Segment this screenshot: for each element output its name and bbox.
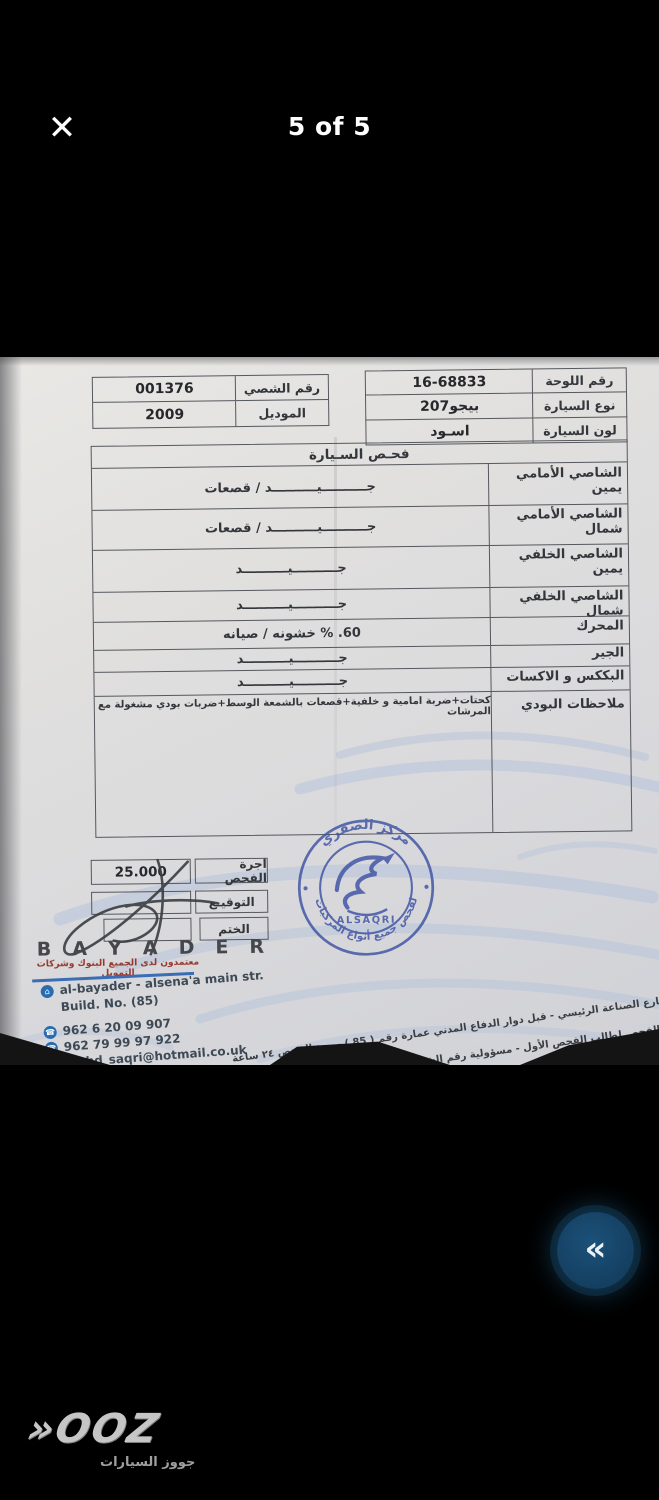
double-chevron-left-icon: « bbox=[585, 1232, 607, 1266]
row-label: الجير bbox=[492, 645, 629, 662]
phone-icon: ☎ bbox=[43, 1025, 57, 1039]
row-label: ملاحظات البودي bbox=[493, 696, 630, 713]
row-label: الشاصي الأمامي يمين bbox=[490, 465, 627, 497]
row-value: جــــــــــيــــــــــد / قصعات bbox=[92, 506, 488, 550]
inspection-table: فحـص السـيارة الشاصي الأمامي يمين جـــــ… bbox=[91, 439, 633, 838]
row-label: البككس و الاكسات bbox=[492, 668, 629, 685]
bayader-brand: B A Y A D E R bbox=[37, 936, 272, 961]
vehicle-table-right: 16-68833 رقم اللوحة بيجو207 نوع السيارة … bbox=[365, 367, 628, 445]
row-value: 60. % خشونه / صيانه bbox=[94, 618, 490, 650]
car-type-label: نوع السيارة bbox=[532, 392, 626, 417]
chassis-value: 001376 bbox=[93, 376, 236, 402]
model-label: الموديل bbox=[235, 400, 328, 426]
table-row: 2009 الموديل bbox=[92, 400, 329, 429]
location-icon: ⌂ bbox=[40, 984, 54, 998]
plate-value: 16-68833 bbox=[366, 369, 533, 394]
table-row: الشاصي الأمامي يمين جــــــــــيــــــــ… bbox=[92, 463, 627, 511]
chassis-label: رقم الشصي bbox=[235, 375, 328, 400]
row-value: جــــــــــيــــــــــد bbox=[94, 668, 490, 696]
car-type-value: بيجو207 bbox=[366, 393, 533, 419]
photo-top-shadow bbox=[0, 357, 659, 366]
contact-building: Build. No. (85) bbox=[60, 993, 159, 1014]
zooz-logo-text: »OOZ bbox=[23, 1406, 164, 1452]
svg-text:مركز الصقري: مركز الصقري bbox=[316, 816, 415, 850]
image-viewer-screen: ✕ 5 of 5 16-68833 رقم اللوحة ب bbox=[0, 0, 659, 1500]
contact-text: Build. No. (85) bbox=[60, 993, 159, 1014]
row-value: جــــــــــيــــــــــد / قصعات bbox=[92, 465, 488, 510]
stamp-arc-top-text: مركز الصقري bbox=[316, 816, 415, 850]
page-counter: 5 of 5 bbox=[0, 112, 659, 141]
photo-left-shadow bbox=[0, 357, 22, 1065]
footer-notes: بيادر - شارع الصناعة الرئيسي - قبل دوار … bbox=[304, 980, 659, 1034]
row-label: الشاصي الأمامي شمال bbox=[490, 506, 627, 538]
table-row: بيجو207 نوع السيارة bbox=[365, 392, 627, 420]
table-row: الشاصي الأمامي شمال جــــــــــيــــــــ… bbox=[92, 504, 627, 551]
model-value: 2009 bbox=[93, 401, 236, 428]
zooz-tagline: جووز السيارات bbox=[100, 1455, 195, 1470]
zooz-logo: »OOZ bbox=[28, 1406, 159, 1452]
document-photo[interactable]: 16-68833 رقم اللوحة بيجو207 نوع السيارة … bbox=[0, 357, 659, 1065]
row-value: جــــــــــيــــــــــد bbox=[93, 588, 489, 622]
previous-image-button[interactable]: « bbox=[557, 1212, 634, 1289]
row-label: المحرك bbox=[492, 618, 629, 635]
inspection-form: 16-68833 رقم اللوحة بيجو207 نوع السيارة … bbox=[0, 357, 659, 1065]
plate-label: رقم اللوحة bbox=[532, 368, 626, 392]
alsaqri-stamp: مركز الصقري لفحص جميع أنواع المركبات ALS… bbox=[292, 814, 440, 962]
stamp-name-text: ALSAQRI bbox=[337, 915, 397, 927]
row-value: جــــــــــيــــــــــد bbox=[93, 546, 489, 592]
row-label: الشاصي الخلفي يمين bbox=[491, 546, 628, 578]
table-row: 001376 رقم الشصي bbox=[92, 374, 329, 403]
table-row: 16-68833 رقم اللوحة bbox=[365, 367, 627, 395]
table-row: الشاصي الخلفي يمين جــــــــــيـــــــــ… bbox=[93, 544, 628, 593]
row-label: الشاصي الخلفي شمال bbox=[491, 588, 628, 620]
vehicle-table-left: 001376 رقم الشصي 2009 الموديل bbox=[92, 374, 330, 429]
